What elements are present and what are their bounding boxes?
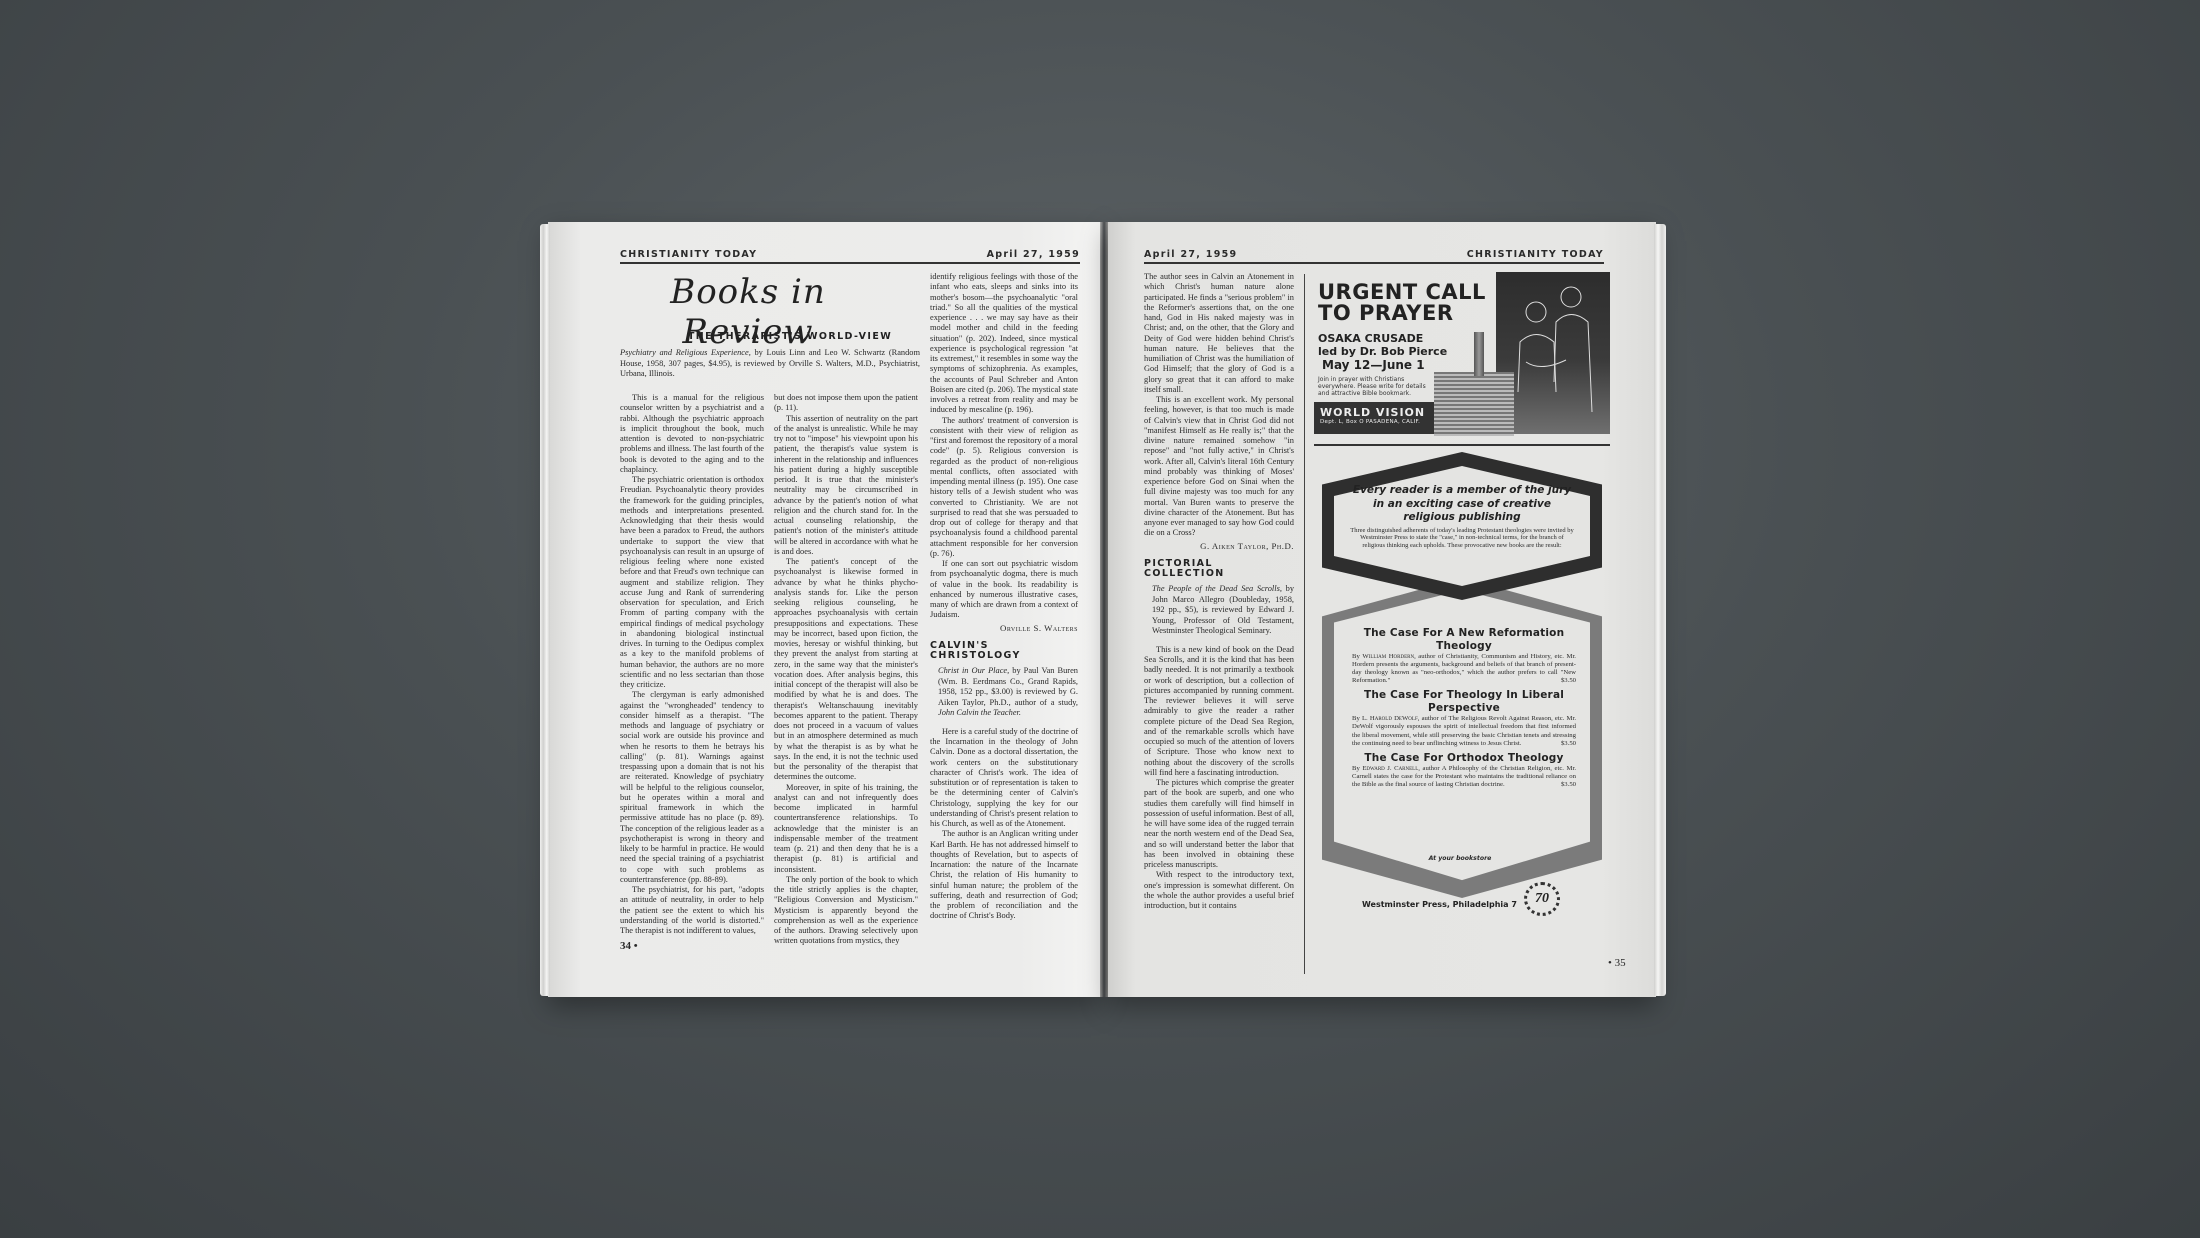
ad-headline-2: TO PRAYER [1318,303,1498,324]
review2-heading: CALVIN'S CHRISTOLOGY [930,641,1078,662]
book-price: $3.50 [1561,677,1576,685]
right-page: April 27, 1959 CHRISTIANITY TODAY The au… [1108,222,1656,997]
ad-westminster-press: Every reader is a member of the jury in … [1312,452,1608,972]
book-title: The Case For A New Reformation Theology [1352,627,1576,653]
review2-byline: Christ in Our Place, by Paul Van Buren (… [930,666,1078,719]
ad-address: Dept. L, Box O PASADENA, CALIF. [1320,419,1428,425]
review1-book-title: Psychiatry and Religious Experience, [620,348,751,357]
running-header: April 27, 1959 CHRISTIANITY TODAY [1144,246,1604,264]
tower-illustration [1474,332,1484,376]
review3-byline: The People of the Dead Sea Scrolls, by J… [1144,584,1294,637]
review1-heading: THE THERAPIST'S WORLD-VIEW [620,332,920,342]
book-title: The Case For Orthodox Theology [1352,752,1576,765]
magazine-name: CHRISTIANITY TODAY [1467,249,1604,260]
book-item: The Case For Orthodox Theology By Edward… [1352,752,1576,789]
review2-signature: G. Aiken Taylor, Ph.D. [1144,541,1294,551]
review3-heading: PICTORIAL COLLECTION [1144,559,1294,580]
book-price: $3.50 [1561,740,1576,748]
ad-body: Join in prayer with Christians everywher… [1318,376,1428,397]
ad-world-vision: URGENT CALL TO PRAYER OSAKA CRUSADE led … [1314,272,1614,437]
review1-signature: Orville S. Walters [930,623,1078,633]
review1-column-1: This is a manual for the religious couns… [620,393,764,936]
running-header: CHRISTIANITY TODAY April 27, 1959 [620,246,1080,264]
column-divider [1304,274,1305,974]
magazine-spread: CHRISTIANITY TODAY April 27, 1959 Books … [548,222,1656,997]
review1-column-2: but does not impose them upon the patien… [774,393,918,947]
world-vision-bar: WORLD VISION Dept. L, Box O PASADENA, CA… [1314,402,1434,434]
book-item: The Case For A New Reformation Theology … [1352,627,1576,685]
building-illustration [1434,372,1514,436]
book-item: The Case For Theology In Liberal Perspec… [1352,689,1576,747]
at-your-bookstore: At your bookstore [1312,855,1608,862]
review1-header: THE THERAPIST'S WORLD-VIEW Psychiatry an… [620,332,920,380]
review1-column-3: identify religious feelings with those o… [930,272,1078,922]
issue-date: April 27, 1959 [1144,249,1237,260]
ad-headline-1: URGENT CALL [1318,282,1498,303]
ad-lead-block: Every reader is a member of the jury in … [1350,484,1574,549]
left-page: CHRISTIANITY TODAY April 27, 1959 Books … [548,222,1100,997]
ad-divider [1314,444,1610,446]
anniversary-seal-icon: 70 [1524,882,1560,916]
book-price: $3.50 [1561,781,1576,789]
review1-byline: Psychiatry and Religious Experience, by … [620,348,920,380]
page-stack-edge [1654,224,1666,996]
ad-event: OSAKA CRUSADE [1318,332,1498,345]
book-title: The Case For Theology In Liberal Perspec… [1352,689,1576,715]
ad-dates: May 12—June 1 [1322,358,1498,372]
review2-continued-column: The author sees in Calvin an Atonement i… [1144,272,1294,911]
publisher-name: Westminster Press, Philadelphia 7 [1362,900,1517,909]
ad-intro: Three distinguished adherents of today's… [1350,527,1574,550]
spine-gutter [1100,222,1108,997]
ad-lead: Every reader is a member of the jury in … [1350,484,1574,525]
page-stack-edge [540,224,550,996]
page-number-left: 34 • [620,940,638,952]
magazine-name: CHRISTIANITY TODAY [620,249,757,260]
ad-leader: led by Dr. Bob Pierce [1318,345,1498,358]
book-list: The Case For A New Reformation Theology … [1352,627,1576,793]
issue-date: April 27, 1959 [987,249,1080,260]
ad-org: WORLD VISION [1320,406,1428,419]
page-number-right: • 35 [1608,957,1626,969]
